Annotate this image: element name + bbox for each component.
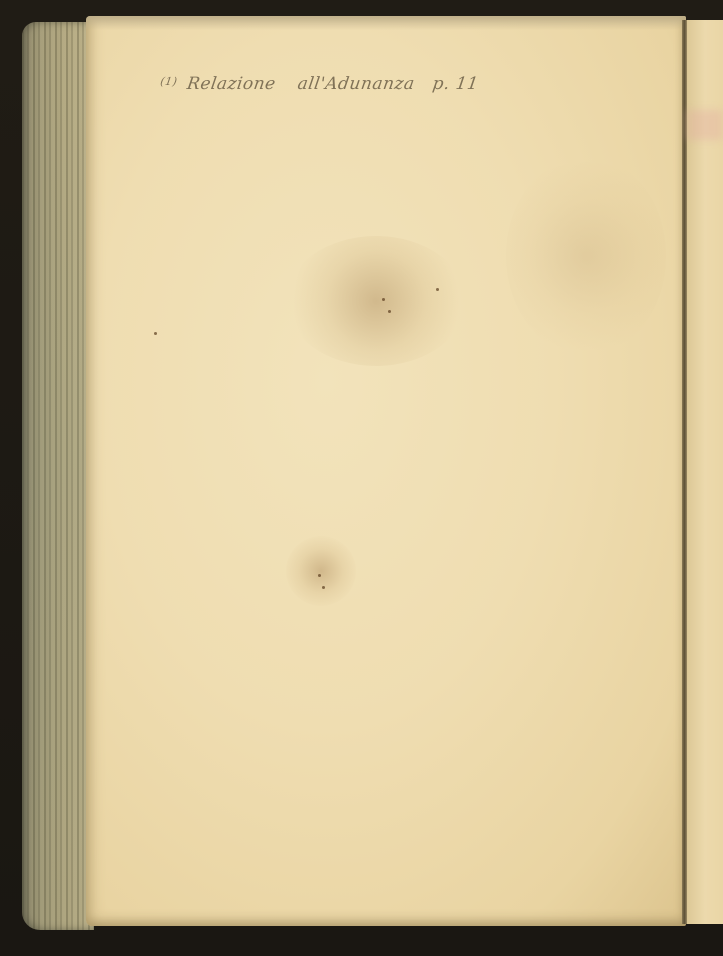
page-reference: p. 11 — [431, 74, 480, 94]
note-number: (1) — [159, 75, 178, 88]
facing-page-edge — [687, 20, 723, 924]
ink-speck — [382, 298, 385, 301]
handwritten-annotation: (1)Relazioneall'Adunanzap. 11 — [159, 74, 480, 94]
ink-speck — [322, 586, 325, 589]
ink-speck — [318, 574, 321, 577]
ink-speck — [154, 332, 157, 335]
water-stain — [506, 156, 666, 356]
page-stack-fore-edge — [22, 22, 94, 930]
annotation-text: all'Adunanza — [296, 74, 416, 94]
ink-speck — [388, 310, 391, 313]
foxing-stain — [286, 536, 356, 606]
ink-speck — [436, 288, 439, 291]
annotation-title: Relazione — [186, 74, 277, 94]
foxing-stain — [286, 236, 466, 366]
manuscript-page — [86, 16, 686, 926]
